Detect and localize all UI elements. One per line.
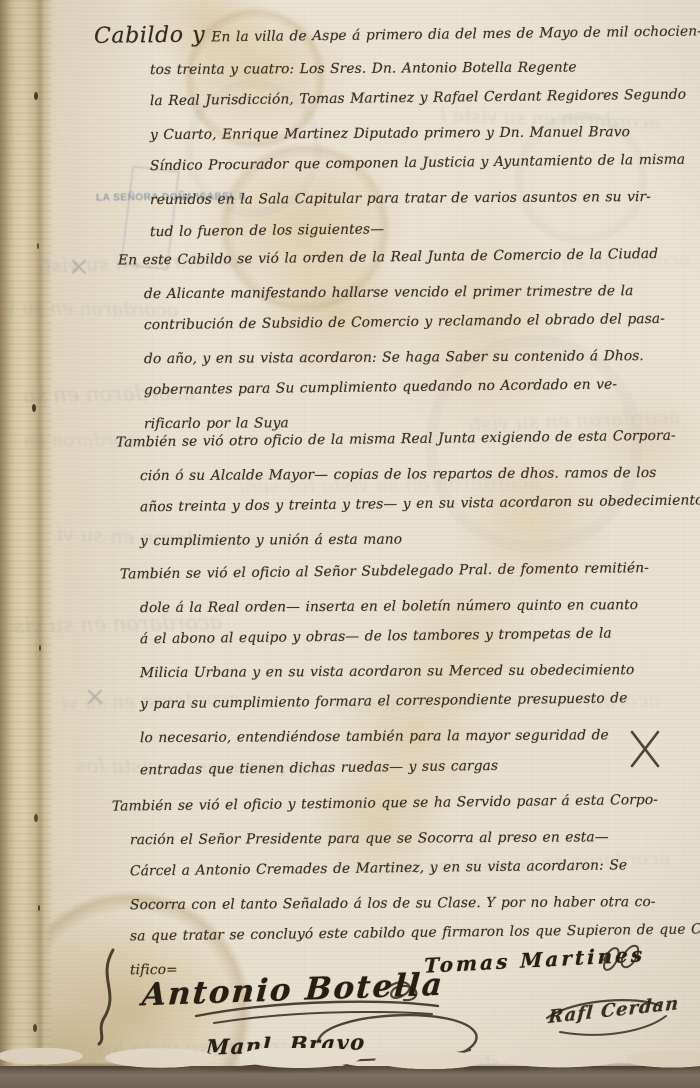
cabildo-heading: Cabildo y <box>94 22 212 48</box>
manuscript-paragraph: También se vió el oficio al Señor Subdel… <box>0 560 700 788</box>
manuscript-line: años treinta y dos y treinta y tres— y e… <box>0 485 700 526</box>
manuscript-line: y para su cumplimiento formara el corres… <box>0 682 700 723</box>
manuscript-line: gobernantes para Su cumplimiento quedand… <box>0 368 700 409</box>
manuscript-line: Síndico Procurador que componen la Justi… <box>0 144 700 185</box>
manuscript-line-text: En la villa de Aspe á primero dia del me… <box>211 23 700 45</box>
manuscript-paragraph: En este Cabildo se vió la orden de la Re… <box>0 246 700 442</box>
manuscript-line: á el abono al equipo y obras— de los tam… <box>0 617 700 658</box>
manuscript-line: la Real Jurisdicción, Tomas Martinez y R… <box>0 79 700 120</box>
manuscript-line: Cabildo yEn la villa de Aspe á primero d… <box>0 13 700 54</box>
manuscript-paragraph: También se vió otro oficio de la misma R… <box>0 428 700 558</box>
manuscript-line: También se vió el oficio y testimonio qu… <box>0 783 700 824</box>
manuscript-line: Cárcel a Antonio Cremades de Martinez, y… <box>0 849 700 890</box>
manuscript-line: contribución de Subsidio de Comercio y r… <box>0 303 700 344</box>
manuscript-text: Cabildo yEn la villa de Aspe á primero d… <box>0 0 700 1088</box>
page-torn-bottom-edge <box>0 1048 700 1076</box>
manuscript-paragraph: Cabildo yEn la villa de Aspe á primero d… <box>0 22 700 250</box>
manuscript-photo: LA SEÑORA DOÑA ISABEL II. acordaron en s… <box>0 0 700 1088</box>
